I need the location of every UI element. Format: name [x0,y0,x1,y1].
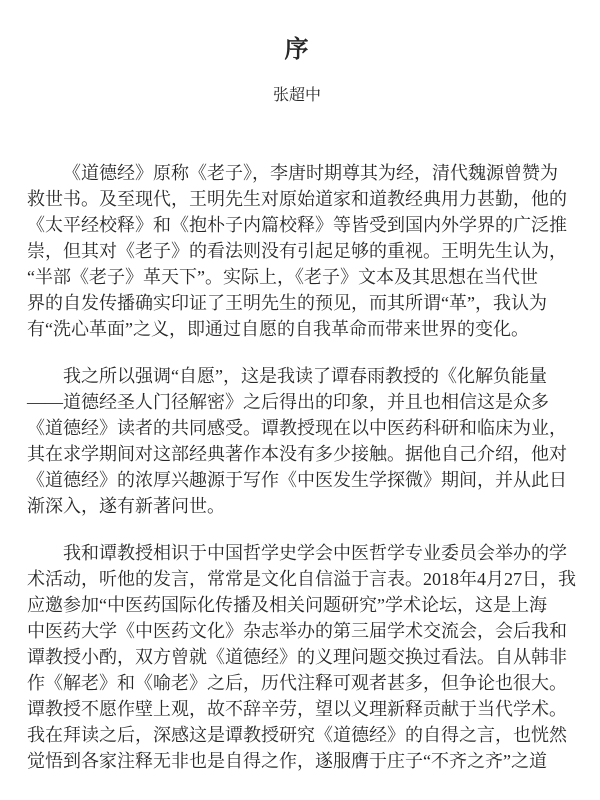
text-line: 《道德经》原称《老子》，李唐时期尊其为经，清代魏源曾赞为 [27,160,567,186]
text-line: 其在求学期间对这部经典著作本没有多少接触。据他自己介绍，他对 [27,441,567,467]
paragraph-1: 《道德经》原称《老子》，李唐时期尊其为经，清代魏源曾赞为 救世书。及至现代，王明… [27,160,567,342]
text-line: 术活动，听他的发言，常常是文化自信溢于言表。2018年4月27日，我 [27,566,567,592]
paragraph-3: 我和谭教授相识于中国哲学史学会中医哲学专业委员会举办的学 术活动，听他的发言，常… [27,540,567,774]
text-line: 《道德经》读者的共同感受。谭教授现在以中医药科研和临床为业， [27,415,567,441]
text-line: ——道德经圣人门径解密》之后得出的印象，并且也相信这是众多 [27,389,567,415]
text-line: 界的自发传播确实印证了王明先生的预见，而其所谓“革”，我认为 [27,290,567,316]
text-line: 中医药大学《中医药文化》杂志举办的第三届学术交流会，会后我和 [27,618,567,644]
text-line: 谭教授不愿作壁上观，故不辞辛劳，望以义理新释贡献于当代学术。 [27,696,567,722]
author-name: 张超中 [27,85,567,107]
text-line: 《道德经》的浓厚兴趣源于写作《中医发生学探微》期间，并从此日 [27,467,567,493]
text-line: 《太平经校释》和《抱朴子内篇校释》等皆受到国内外学界的广泛推 [27,212,567,238]
document-page: 序 张超中 《道德经》原称《老子》，李唐时期尊其为经，清代魏源曾赞为 救世书。及… [0,0,600,800]
text-line: “半部《老子》革天下”。实际上，《老子》文本及其思想在当代世 [27,264,567,290]
text-line: 作《解老》和《喻老》之后，历代注释可观者甚多，但争论也很大。 [27,670,567,696]
text-line: 应邀参加“中医药国际化传播及相关问题研究”学术论坛，这是上海 [27,592,567,618]
text-line: 我之所以强调“自愿”，这是我读了谭春雨教授的《化解负能量 [27,363,567,389]
text-line: 觉悟到各家注释无非也是自得之作，遂服膺于庄子“不齐之齐”之道 [27,748,567,774]
text-line: 我在拜读之后，深感这是谭教授研究《道德经》的自得之言，也恍然 [27,722,567,748]
text-line: 谭教授小酌，双方曾就《道德经》的义理问题交换过看法。自从韩非 [27,644,567,670]
text-line: 渐深入，遂有新著问世。 [27,493,567,519]
page-title: 序 [27,35,567,65]
text-line: 救世书。及至现代，王明先生对原始道家和道教经典用力甚勤，他的 [27,186,567,212]
paragraph-2: 我之所以强调“自愿”，这是我读了谭春雨教授的《化解负能量 ——道德经圣人门径解密… [27,363,567,519]
text-line: 崇，但其对《老子》的看法则没有引起足够的重视。王明先生认为， [27,238,567,264]
document-body: 《道德经》原称《老子》，李唐时期尊其为经，清代魏源曾赞为 救世书。及至现代，王明… [27,160,567,774]
text-line: 有“洗心革面”之义，即通过自愿的自我革命而带来世界的变化。 [27,316,567,342]
text-line: 我和谭教授相识于中国哲学史学会中医哲学专业委员会举办的学 [27,540,567,566]
